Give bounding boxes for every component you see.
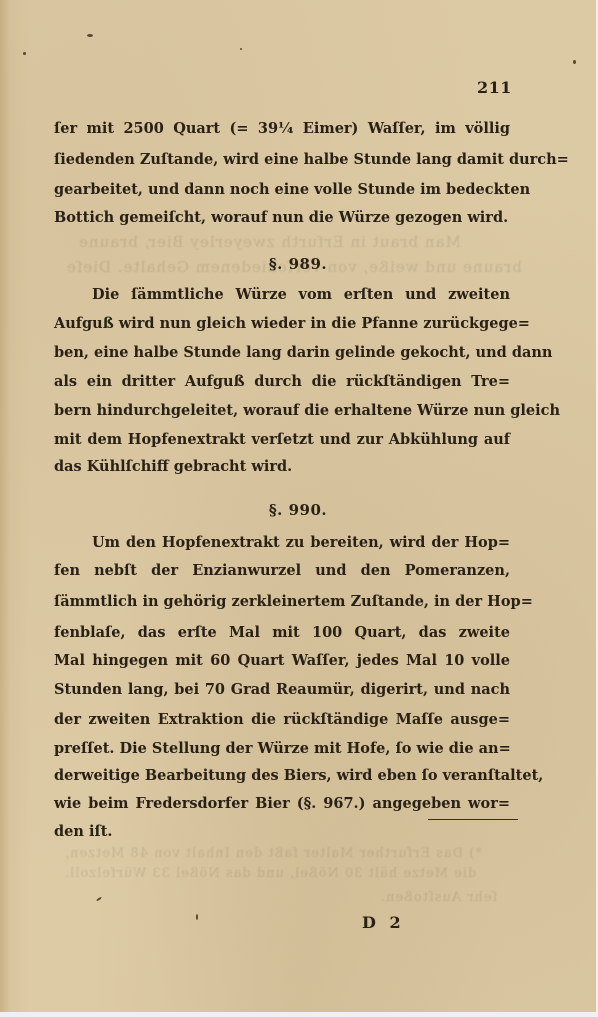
signature-mark: D 2: [362, 913, 405, 932]
section-heading-990: §. 990.: [0, 501, 596, 519]
paper-speck: [96, 896, 102, 901]
text-line: derweitige Bearbeitung des Biers, wird e…: [54, 766, 510, 786]
paper-speck: [573, 60, 576, 64]
text-line: der zweiten Extraktion die rückſtändige …: [54, 710, 510, 730]
text-line: gearbeitet, und dann noch eine volle Stu…: [54, 180, 510, 200]
text-line: ſämmtlich in gehörig zerkleinertem Zuſta…: [54, 592, 510, 612]
section-heading-989: §. 989.: [0, 255, 596, 273]
text-line: wie beim Fredersdorfer Bier (§. 967.) an…: [54, 794, 510, 814]
text-line: preſſet. Die Stellung der Würze mit Hofe…: [54, 739, 510, 759]
text-line: ſiedenden Zuſtande, wird eine halbe Stun…: [54, 150, 510, 170]
bleed-through-line: Man braut in Erfurth zweyerley Bier, bra…: [78, 233, 461, 251]
paper-speck: [196, 914, 198, 920]
footnote-rule: [428, 819, 518, 820]
text-line: bern hindurchgeleitet, worauf die erhalt…: [54, 401, 510, 421]
text-line: Mal hingegen mit 60 Quart Waſſer, jedes …: [54, 651, 510, 671]
text-line: fen nebſt der Enzianwurzel und den Pomer…: [54, 561, 510, 581]
text-line: ſer mit 2500 Quart (= 39⅟₄ Eimer) Waſſer…: [54, 119, 510, 139]
paper-speck: [87, 34, 93, 37]
page-number: 211: [477, 78, 512, 97]
text-line: als ein dritter Aufguß durch die rückſtä…: [54, 372, 510, 392]
bleed-through-line: die Metze hält 30 Nößel, und das Nößel 3…: [64, 866, 476, 881]
text-line: mit dem Hopfenextrakt verſetzt und zur A…: [54, 430, 510, 450]
text-line: Die ſämmtliche Würze vom erſten und zwei…: [92, 285, 510, 305]
paper-speck: [23, 52, 26, 55]
text-line: ben, eine halbe Stunde lang darin gelind…: [54, 343, 510, 363]
bleed-through-line: ſehr Ausſtoßen.: [380, 890, 497, 905]
text-line: den iſt.: [54, 822, 510, 842]
text-line: fenblaſe, das erſte Mal mit 100 Quart, d…: [54, 623, 510, 643]
book-page: Man braut in Erfurth zweyerley Bier, bra…: [0, 0, 596, 1012]
text-line: Um den Hopfenextrakt zu bereiten, wird d…: [92, 533, 510, 553]
text-line: das Kühlſchiff gebracht wird.: [54, 457, 510, 477]
text-line: Aufguß wird nun gleich wieder in die Pfa…: [54, 314, 510, 334]
text-line: Bottich gemeiſcht, worauf nun die Würze …: [54, 208, 510, 228]
text-line: Stunden lang, bei 70 Grad Reaumür, diger…: [54, 680, 510, 700]
bleed-through-line: *) Das Erfurther Malter faßt den Inhalt …: [64, 846, 482, 861]
paper-speck: [240, 48, 242, 50]
